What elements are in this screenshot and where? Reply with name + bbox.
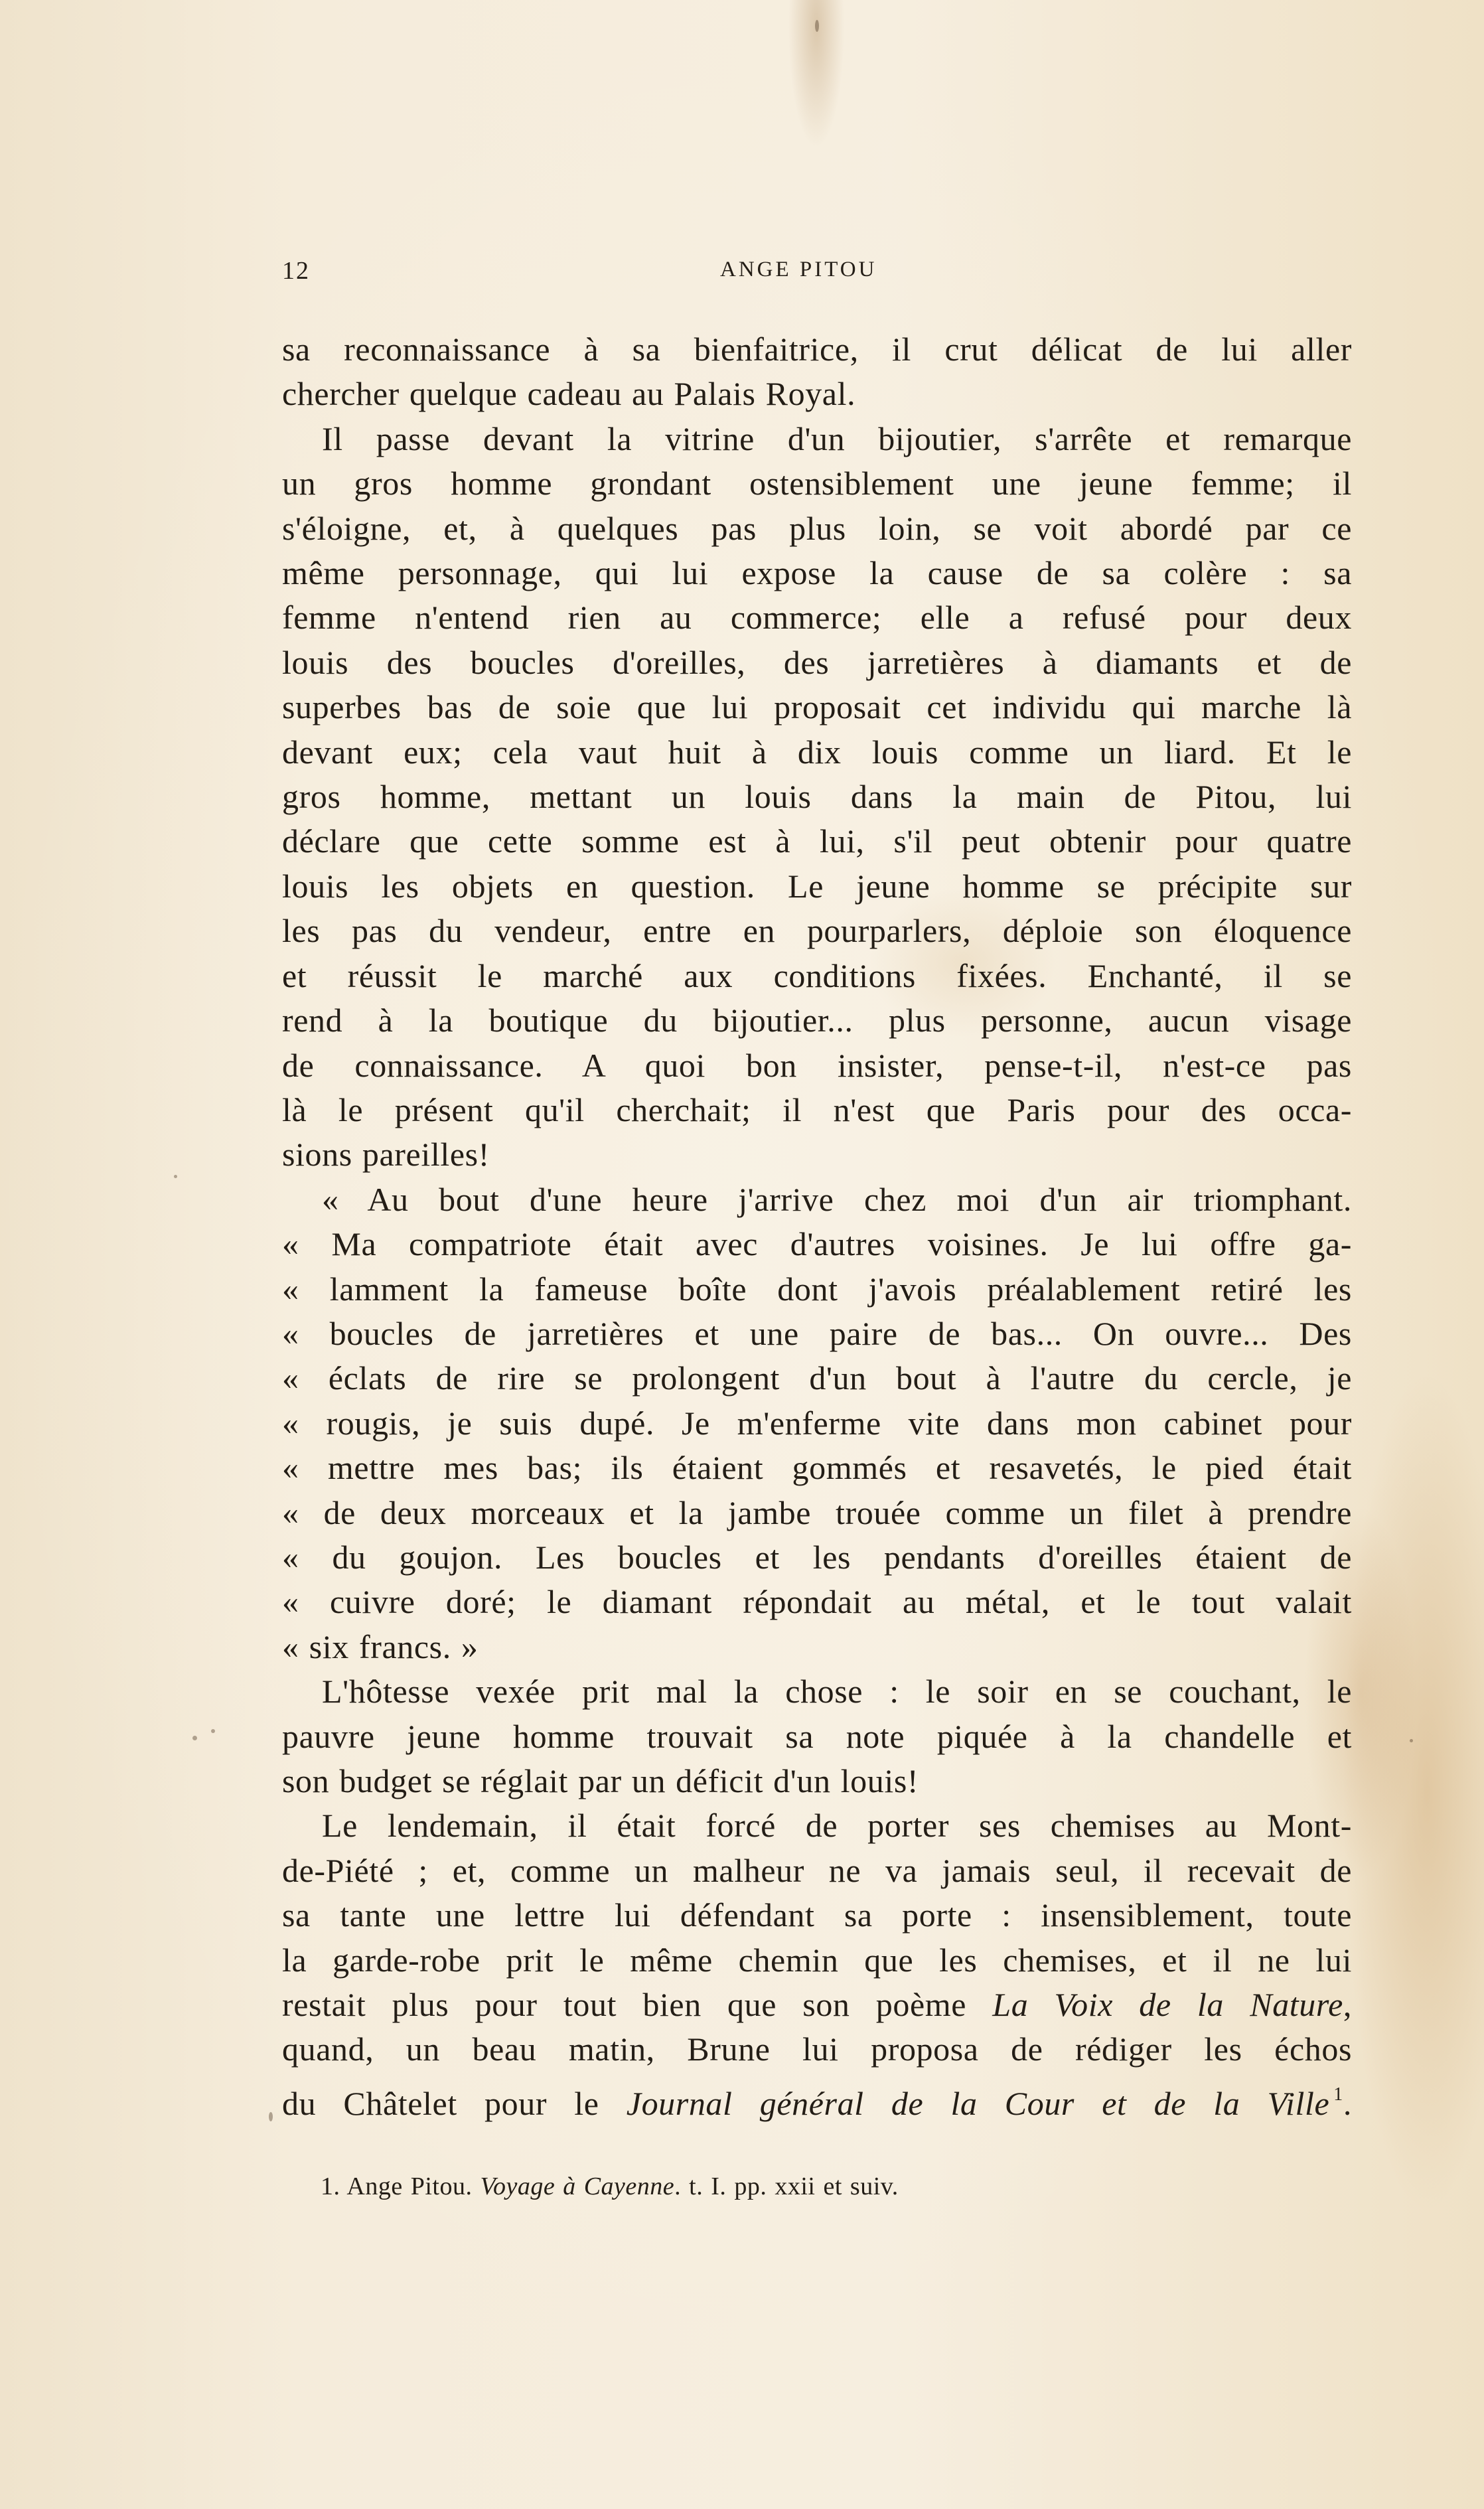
text-line: « cuivre doré; le diamant répondait au m…	[282, 1580, 1352, 1624]
running-head: 12 ANGE PITOU	[282, 256, 1352, 289]
text-line: de connaissance. A quoi bon insister, pe…	[282, 1043, 1352, 1088]
paper-speck	[815, 20, 819, 32]
text-line: « Ma compatriote était avec d'autres voi…	[282, 1222, 1352, 1266]
footnote-reference-text: . t. I. pp. xxii et suiv.	[674, 2172, 899, 2200]
text-line: les pas du vendeur, entre en pourparlers…	[282, 909, 1352, 953]
text-line: s'éloigne, et, à quelques pas plus loin,…	[282, 506, 1352, 551]
text-line: Il passe devant la vitrine d'un bijoutie…	[282, 417, 1352, 461]
text-line: louis des boucles d'oreilles, des jarret…	[282, 641, 1352, 685]
text-line: déclare que cette somme est à lui, s'il …	[282, 819, 1352, 864]
text-line: gros homme, mettant un louis dans la mai…	[282, 775, 1352, 819]
text-line: son budget se réglait par un déficit d'u…	[282, 1759, 1352, 1803]
text-line: la garde-robe prit le même chemin que le…	[282, 1938, 1352, 1983]
paragraph-continued: sa reconnaissance à sa bienfaitrice, il …	[282, 327, 1352, 417]
text-line: sa reconnaissance à sa bienfaitrice, il …	[282, 327, 1352, 372]
text-line: « mettre mes bas; ils étaient gommés et …	[282, 1446, 1352, 1490]
paper-speck	[192, 1736, 197, 1740]
text-line-poem: restait plus pour tout bien que son poèm…	[282, 1983, 1352, 2027]
text-line: là le présent qu'il cherchait; il n'est …	[282, 1088, 1352, 1132]
text-line: devant eux; cela vaut huit à dix louis c…	[282, 730, 1352, 775]
paper-speck	[269, 2112, 273, 2121]
text-run: du Châtelet pour le	[282, 2085, 627, 2122]
text-line: L'hôtesse vexée prit mal la chose : le s…	[282, 1669, 1352, 1714]
running-title: ANGE PITOU	[720, 258, 877, 282]
paper-speck	[211, 1729, 215, 1733]
footnote: 1. Ange Pitou. Voyage à Cayenne. t. I. p…	[321, 2172, 899, 2201]
book-page: 12 ANGE PITOU sa reconnaissance à sa bie…	[0, 0, 1484, 2509]
text-line-journal: du Châtelet pour le Journal général de l…	[282, 2072, 1352, 2126]
text-line: superbes bas de soie que lui proposait c…	[282, 685, 1352, 729]
paragraph-hotesse: L'hôtesse vexée prit mal la chose : le s…	[282, 1669, 1352, 1803]
text-line: « de deux morceaux et la jambe trouée co…	[282, 1491, 1352, 1535]
text-run: ,	[1343, 1986, 1352, 2023]
text-line: « lamment la fameuse boîte dont j'avois …	[282, 1267, 1352, 1312]
text-line: « Au bout d'une heure j'arrive chez moi …	[282, 1178, 1352, 1222]
text-line: de-Piété ; et, comme un malheur ne va ja…	[282, 1849, 1352, 1893]
text-line: et réussit le marché aux conditions fixé…	[282, 954, 1352, 998]
footnote-reference[interactable]: 1	[1333, 2084, 1343, 2105]
footnote-title: Voyage à Cayenne	[480, 2172, 674, 2200]
text-line: pauvre jeune homme trouvait sa note piqu…	[282, 1714, 1352, 1759]
text-line: sa tante une lettre lui défendant sa por…	[282, 1893, 1352, 1938]
page-number: 12	[282, 256, 310, 285]
text-run: .	[1343, 2085, 1352, 2122]
paragraph-quotation: « Au bout d'une heure j'arrive chez moi …	[282, 1178, 1352, 1669]
text-line: Le lendemain, il était forcé de porter s…	[282, 1803, 1352, 1848]
text-line: un gros homme grondant ostensiblement un…	[282, 461, 1352, 506]
text-line: « boucles de jarretières et une paire de…	[282, 1312, 1352, 1356]
paper-speck	[174, 1175, 177, 1178]
footnote-author: Ange Pitou.	[346, 2172, 472, 2200]
text-line: rend à la boutique du bijoutier... plus …	[282, 998, 1352, 1043]
text-line: « six francs. »	[282, 1625, 1352, 1669]
text-run: restait plus pour tout bien que son poèm…	[282, 1986, 992, 2023]
paper-speck	[1410, 1739, 1413, 1742]
text-line: même personnage, qui lui expose la cause…	[282, 551, 1352, 595]
body-text: sa reconnaissance à sa bienfaitrice, il …	[282, 327, 1352, 2126]
journal-title: Journal général de la Cour et de la Vill…	[627, 2085, 1330, 2122]
text-line: quand, un beau matin, Brune lui proposa …	[282, 2027, 1352, 2072]
paragraph-lendemain: Le lendemain, il était forcé de porter s…	[282, 1803, 1352, 2126]
text-line: sions pareilles!	[282, 1132, 1352, 1177]
paragraph-bijoutier: Il passe devant la vitrine d'un bijoutie…	[282, 417, 1352, 1178]
footnote-marker: 1.	[321, 2172, 340, 2200]
text-line: femme n'entend rien au commerce; elle a …	[282, 595, 1352, 640]
text-line: « éclats de rire se prolongent d'un bout…	[282, 1356, 1352, 1401]
text-line: louis les objets en question. Le jeune h…	[282, 864, 1352, 909]
text-line: « rougis, je suis dupé. Je m'enferme vit…	[282, 1401, 1352, 1446]
text-line: « du goujon. Les boucles et les pendants…	[282, 1535, 1352, 1580]
poem-title: La Voix de la Nature	[992, 1986, 1343, 2023]
text-line: chercher quelque cadeau au Palais Royal.	[282, 372, 1352, 416]
